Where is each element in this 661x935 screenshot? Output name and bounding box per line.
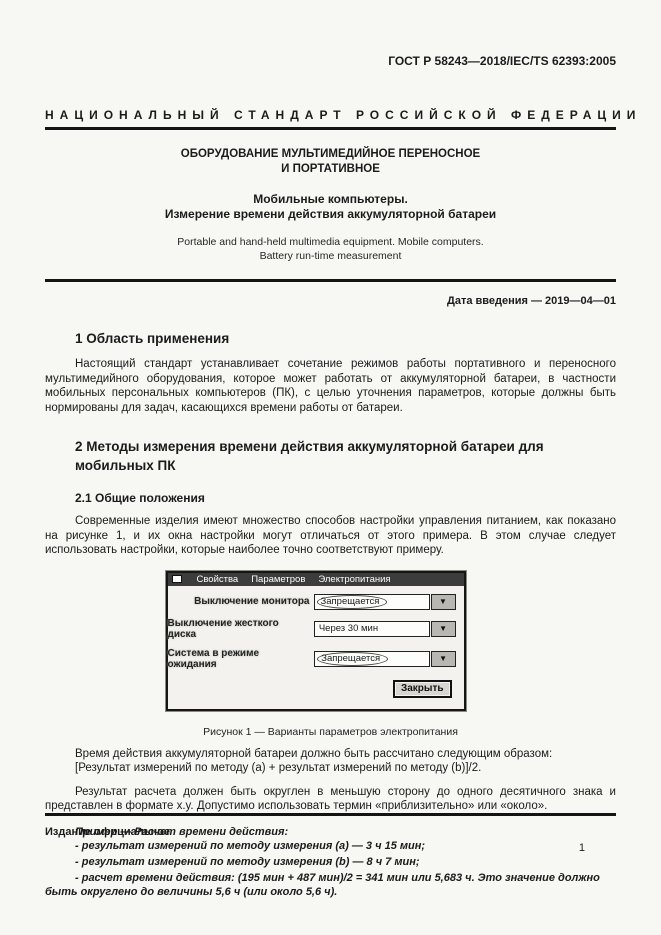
standby-select[interactable]: Запрещается [314,651,429,667]
document-title-ru: ОБОРУДОВАНИЕ МУЛЬТИМЕДИЙНОЕ ПЕРЕНОСНОЕ И… [45,147,616,177]
standby-label: Система в режиме ожидания [168,648,311,670]
national-standard-heading: НАЦИОНАЛЬНЫЙ СТАНДАРТ РОССИЙСКОЙ ФЕДЕРАЦ… [45,108,616,122]
close-button[interactable]: Закрыть [393,680,452,698]
dialog-footer: Закрыть [168,680,452,698]
hdd-off-row: Выключение жесткого диска Через 30 мин ▼ [168,618,456,640]
figure-1: Свойства Параметров Электропитания Выклю… [45,571,616,738]
page-number: 1 [579,842,585,854]
title-rule [45,279,616,282]
chevron-down-icon[interactable]: ▼ [431,594,456,610]
footer-rule [45,813,616,816]
title-en-line1: Portable and hand-held multimedia equipm… [45,235,616,249]
monitor-off-label: Выключение монитора [194,596,309,607]
titlebar-word-1: Свойства [197,574,239,585]
chevron-down-icon[interactable]: ▼ [431,621,456,637]
section-1-paragraph: Настоящий стандарт устанавливает сочетан… [45,357,616,415]
chevron-down-icon[interactable]: ▼ [431,651,456,667]
title-ru-line1: ОБОРУДОВАНИЕ МУЛЬТИМЕДИЙНОЕ ПЕРЕНОСНОЕ [45,147,616,162]
title-en-line2: Battery run-time measurement [45,249,616,263]
edition-label: Издание официальное [45,826,170,838]
document-subtitle-ru: Мобильные компьютеры. Измерение времени … [45,192,616,222]
standby-row: Система в режиме ожидания Запрещается ▼ [168,648,456,670]
effective-date: Дата введения — 2019—04—01 [45,295,616,307]
monitor-off-row: Выключение монитора Запрещается ▼ [168,594,456,610]
titlebar-word-3: Электропитания [318,574,390,585]
header-rule [45,127,616,130]
figure-caption: Рисунок 1 — Варианты параметров электроп… [203,726,458,738]
example-item-a: - результат измерений по методу измерени… [45,840,616,854]
circled-annotation: Запрещается [317,595,388,609]
document-page: ГОСТ Р 58243—2018/IEC/TS 62393:2005 НАЦИ… [0,0,661,935]
subtitle-ru-line1: Мобильные компьютеры. [45,192,616,207]
example-item-b: - результат измерений по методу измерени… [45,856,616,870]
section-1-heading: 1 Область применения [75,329,590,348]
section-2-1-heading: 2.1 Общие положения [75,491,616,505]
title-ru-line2: И ПОРТАТИВНОЕ [45,162,616,177]
doc-code: ГОСТ Р 58243—2018/IEC/TS 62393:2005 [45,0,616,68]
calc-formula: [Результат измерений по методу (a) + рез… [45,761,616,776]
dialog-titlebar: Свойства Параметров Электропитания [168,573,464,586]
hdd-off-label: Выключение жесткого диска [168,618,310,640]
hdd-off-value: Через 30 мин [319,623,378,634]
circled-annotation: Запрещается [317,652,388,666]
example-item-calc: - расчет времени действия: (195 мин + 48… [45,872,616,899]
window-icon [172,575,182,583]
calc-paragraph-3: Результат расчета должен быть округлен в… [45,785,616,814]
hdd-off-select[interactable]: Через 30 мин [314,621,430,637]
power-options-dialog: Свойства Параметров Электропитания Выклю… [166,571,466,711]
document-title-en: Portable and hand-held multimedia equipm… [45,235,616,263]
section-2-1-paragraph: Современные изделия имеют множество спос… [45,514,616,558]
calc-paragraph-1: Время действия аккумуляторной батареи до… [45,747,616,762]
titlebar-word-2: Параметров [251,574,305,585]
monitor-off-select[interactable]: Запрещается [314,594,430,610]
subtitle-ru-line2: Измерение времени действия аккумуляторно… [45,207,616,222]
section-2-heading: 2 Методы измерения времени действия акку… [75,437,590,475]
